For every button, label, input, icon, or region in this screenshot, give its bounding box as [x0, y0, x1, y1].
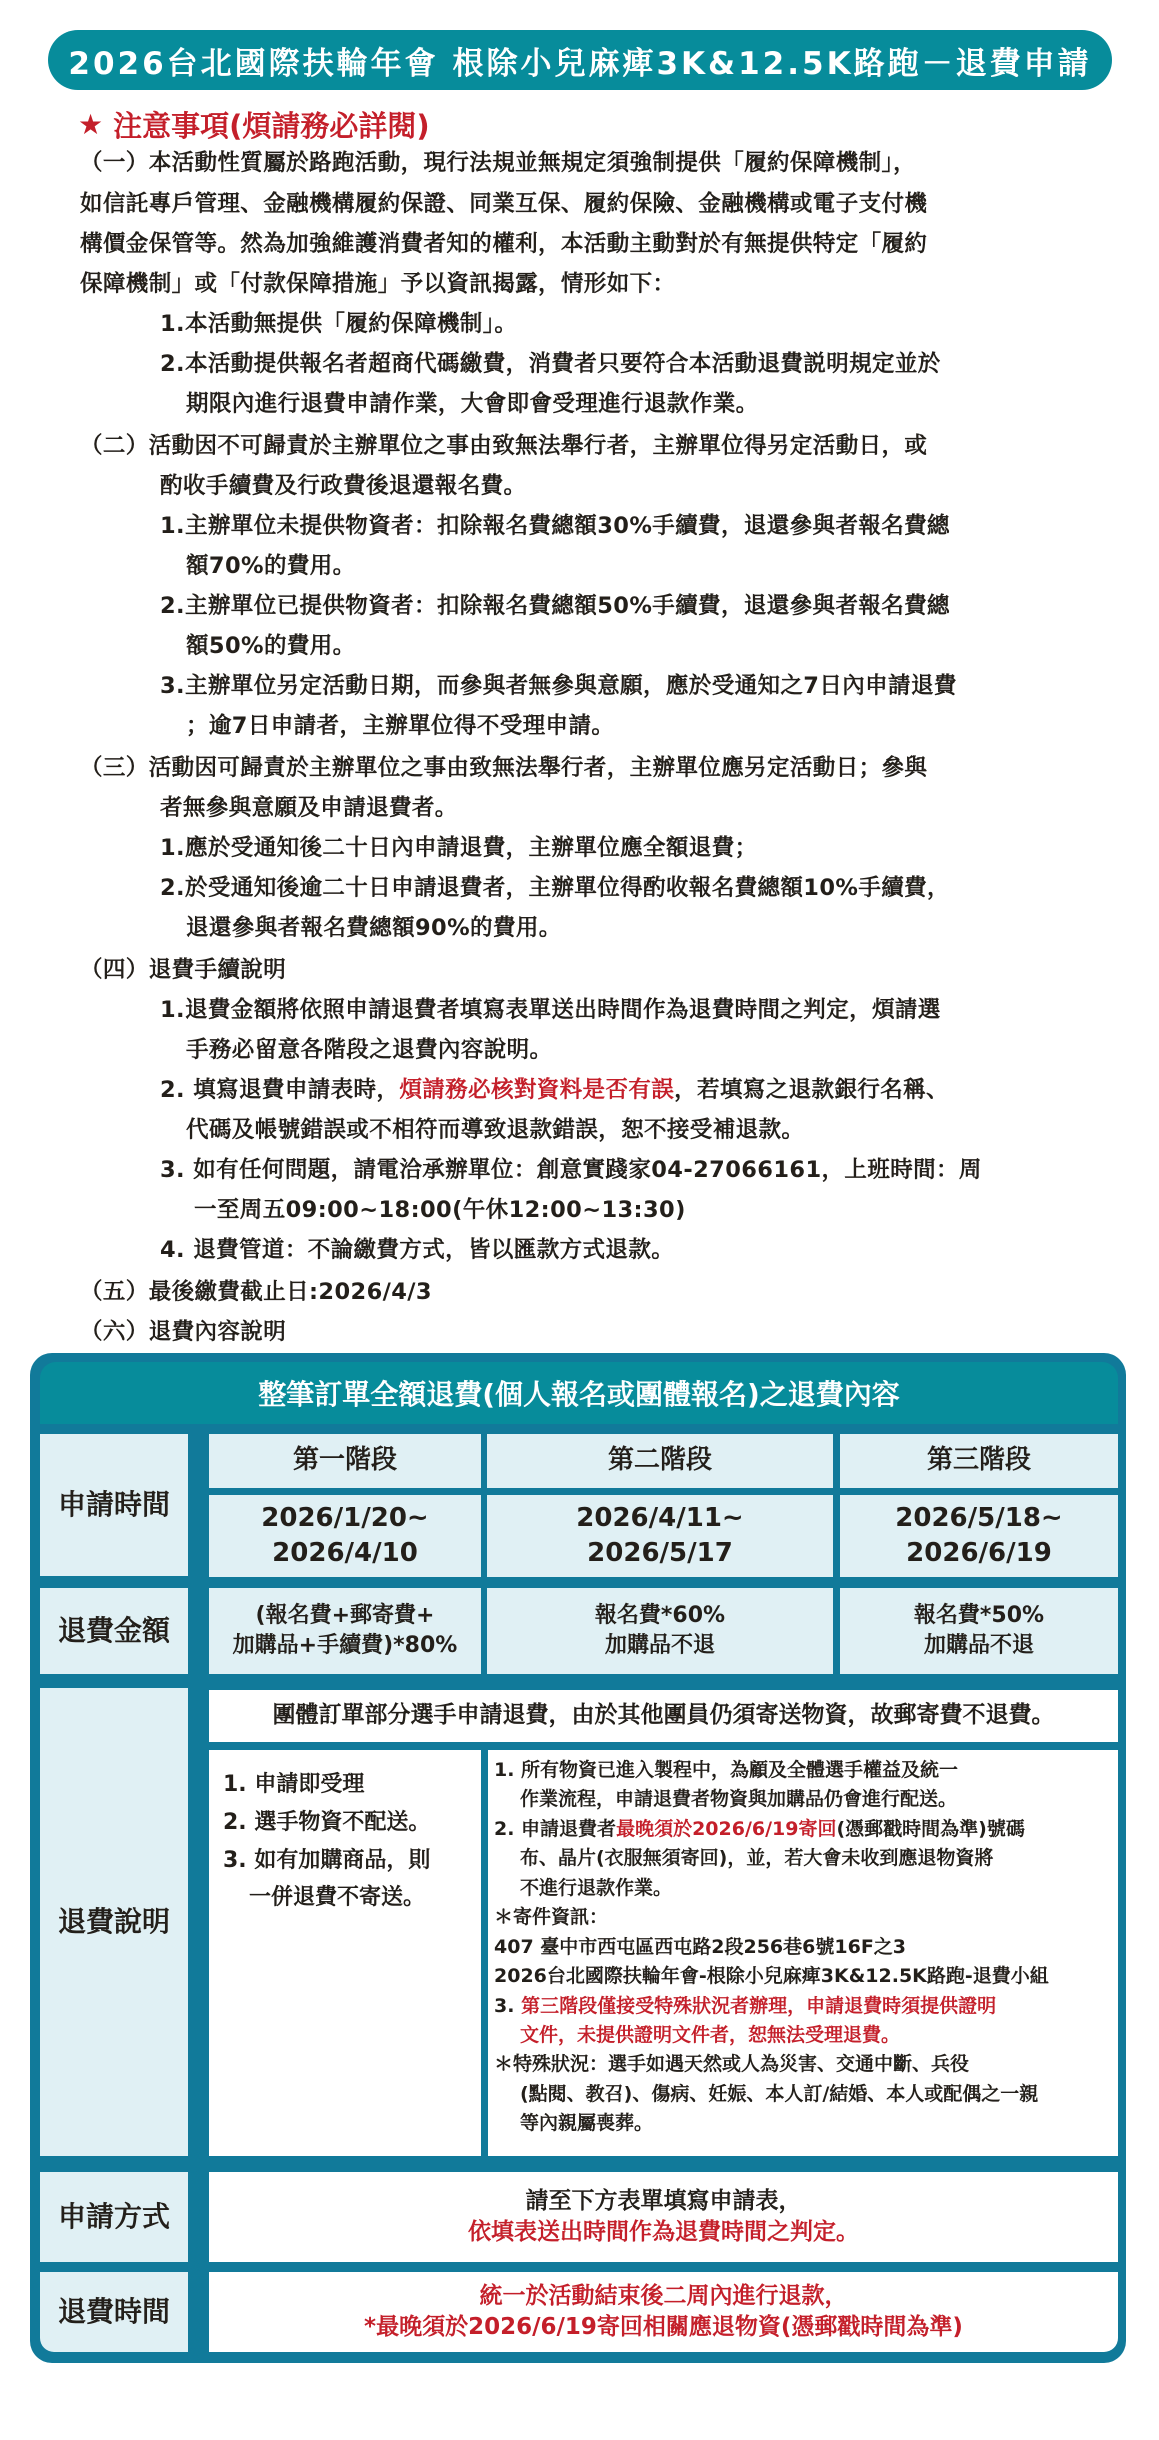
section-4-item-text: 2. 填寫退費申請表時， [160, 1077, 399, 1103]
section-3-line: （三）活動因可歸責於主辦單位之事由致無法舉行者，主辦單位應另定活動日；參與 [80, 750, 927, 782]
section-4-item-cont: 手務必留意各階段之退費內容說明。 [186, 1032, 552, 1064]
note-item: 1. 所有物資已進入製程中，為顧及全體選手權益及統一 [494, 1756, 958, 1785]
stage-3-amount: 報名費*50% 加購品不退 [840, 1588, 1118, 1674]
refund-time-line: 統一於活動結束後二周內進行退款， [480, 2281, 848, 2312]
special-case: ＊特殊狀況：選手如遇天然或人為災害、交通中斷、兵役 [494, 2050, 969, 2079]
amount-line: 加購品不退 [924, 1631, 1034, 1661]
group-order-note: 團體訂單部分選手申請退費，由於其他團員仍須寄送物資，故郵寄費不退費。 [209, 1690, 1118, 1742]
section-3-item-cont: 退還參與者報名費總額90%的費用。 [186, 910, 562, 942]
special-case-cont: 等內親屬喪葬。 [494, 2109, 653, 2138]
note-item: 1. 申請即受理 [223, 1766, 364, 1804]
section-1-line: 保障機制」或「付款保障措施」予以資訊揭露，情形如下： [80, 266, 675, 298]
amount-line: 報名費*60% [595, 1601, 725, 1631]
stage-2-3-notes: 1. 所有物資已進入製程中，為顧及全體選手權益及統一 作業流程，申請退費者物資與… [488, 1750, 1118, 2156]
refund-table-title: 整筆訂單全額退費(個人報名或團體報名)之退費內容 [258, 1373, 900, 1413]
date-to: 2026/4/10 [272, 1536, 418, 1571]
stage-2-amount: 報名費*60% 加購品不退 [487, 1588, 833, 1674]
note-num: 3. [494, 1995, 521, 2017]
note-deadline: 最晚須於2026/6/19寄回 [616, 1818, 836, 1840]
row-label-text: 退費時間 [58, 2293, 170, 2331]
stage-name: 第三階段 [927, 1443, 1031, 1478]
refund-table-header: 整筆訂單全額退費(個人報名或團體報名)之退費內容 [40, 1362, 1118, 1424]
section-1-line: 如信託專戶管理、金融機構履約保證、同業互保、履約保險、金融機構或電子支付機 [80, 186, 927, 218]
section-4-warning: 煩請務必核對資料是否有誤 [399, 1077, 674, 1103]
title-banner: 2026台北國際扶輪年會 根除小兒麻痺3K&12.5K路跑－退費申請 [48, 30, 1112, 90]
section-2-item: 2.主辦單位已提供物資者：扣除報名費總額50%手續費，退還參與者報名費總 [160, 588, 950, 620]
stage-name: 第一階段 [293, 1443, 397, 1478]
stage-name: 第二階段 [608, 1443, 712, 1478]
amount-line: 報名費*50% [914, 1601, 1044, 1631]
stage-2-dates: 2026/4/11~ 2026/5/17 [487, 1495, 833, 1577]
section-4-item-cont: 一至周五09:00~18:00(午休12:00~13:30) [194, 1192, 686, 1224]
mail-address: 407 臺中市西屯區西屯路2段256巷6號16F之3 [494, 1933, 906, 1962]
mail-recipient: 2026台北國際扶輪年會-根除小兒麻痺3K&12.5K路跑-退費小組 [494, 1962, 1049, 1991]
notice-heading: ★ 注意事項(煩請務必詳閱) [78, 104, 430, 145]
section-3-item: 2.於受通知後逾二十日申請退費者，主辦單位得酌收報名費總額10%手續費， [160, 870, 950, 902]
special-case-cont: (點閱、教召)、傷病、妊娠、本人訂/結婚、本人或配偶之一親 [494, 2080, 1038, 2109]
stage-3-header: 第三階段 [840, 1434, 1118, 1488]
amount-line: 加購品不退 [605, 1631, 715, 1661]
note-item-cont: 不進行退款作業。 [494, 1874, 672, 1903]
row-label-text: 退費說明 [58, 1903, 170, 1941]
section-4-item: 2. 填寫退費申請表時，煩請務必核對資料是否有誤，若填寫之退款銀行名稱、 [160, 1072, 949, 1104]
section-1-line: 構價金保管等。然為加強維護消費者知的權利，本活動主動對於有無提供特定「履約 [80, 226, 927, 258]
section-2-item-cont: ；逾7日申請者，主辦單位得不受理申請。 [186, 708, 614, 740]
star-icon: ★ [78, 108, 103, 141]
section-1-line: （一）本活動性質屬於路跑活動，現行法規並無規定須強制提供「履約保障機制」， [80, 145, 916, 177]
date-to: 2026/5/17 [587, 1536, 733, 1571]
notice-heading-text: 注意事項(煩請務必詳閱) [113, 104, 430, 145]
section-1-item: 2.本活動提供報名者超商代碼繳費，消費者只要符合本活動退費説明規定並於 [160, 346, 941, 378]
row-label-apply-time: 申請時間 [40, 1434, 188, 1576]
row-label-refund-amount: 退費金額 [40, 1588, 188, 1674]
note-item-cont: 作業流程，申請退費者物資與加購品仍會進行配送。 [494, 1785, 957, 1814]
row-label-text: 申請時間 [58, 1486, 170, 1524]
stage-3-dates: 2026/5/18~ 2026/6/19 [840, 1495, 1118, 1577]
note-item-cont: 布、晶片(衣服無須寄回)，並，若大會未收到應退物資將 [494, 1844, 993, 1873]
refund-time-note: *最晚須於2026/6/19寄回相關應退物資(憑郵戳時間為準) [364, 2312, 963, 2343]
stage-1-amount: (報名費+郵寄費+ 加購品+手續費)*80% [209, 1588, 481, 1674]
section-4-item: 3. 如有任何問題，請電洽承辦單位：創意實踐家04-27066161，上班時間：… [160, 1152, 982, 1184]
section-1-item-cont: 期限內進行退費申請作業，大會即會受理進行退款作業。 [186, 386, 759, 418]
section-2-line: 酌收手續費及行政費後退還報名費。 [160, 468, 526, 500]
section-6-line: （六）退費內容說明 [80, 1314, 286, 1346]
section-3-item: 1.應於受通知後二十日內申請退費，主辦單位應全額退費； [160, 830, 758, 862]
note-text: 2. 申請退費者 [494, 1818, 616, 1840]
section-2-line: （二）活動因不可歸責於主辦單位之事由致無法舉行者，主辦單位得另定活動日，或 [80, 428, 927, 460]
section-5-line: （五）最後繳費截止日:2026/4/3 [80, 1274, 432, 1306]
section-1-item: 1.本活動無提供「履約保障機制」。 [160, 306, 517, 338]
apply-method-note: 依填表送出時間作為退費時間之判定。 [468, 2217, 859, 2248]
note-item-cont: 一併退費不寄送。 [223, 1879, 425, 1917]
stage-1-notes: 1. 申請即受理 2. 選手物資不配送。 3. 如有加購商品，則 一併退費不寄送… [209, 1750, 481, 2156]
apply-method-cell: 請至下方表單填寫申請表， 依填表送出時間作為退費時間之判定。 [209, 2172, 1118, 2262]
date-from: 2026/4/11~ [576, 1501, 743, 1536]
section-2-item-cont: 額50%的費用。 [186, 628, 356, 660]
stage-1-header: 第一階段 [209, 1434, 481, 1488]
amount-line: (報名費+郵寄費+ [256, 1601, 435, 1631]
date-from: 2026/1/20~ [261, 1501, 428, 1536]
section-4-item: 4. 退費管道：不論繳費方式，皆以匯款方式退款。 [160, 1232, 674, 1264]
group-note-text: 團體訂單部分選手申請退費，由於其他團員仍須寄送物資，故郵寄費不退費。 [273, 1700, 1055, 1731]
row-label-text: 申請方式 [58, 2198, 170, 2236]
stage-1-dates: 2026/1/20~ 2026/4/10 [209, 1495, 481, 1577]
section-4-heading: （四）退費手續說明 [80, 952, 286, 984]
note-warning-cont: 文件，未提供證明文件者，恕無法受理退費。 [494, 2021, 900, 2050]
note-item: 2. 選手物資不配送。 [223, 1804, 430, 1842]
note-warning: 第三階段僅接受特殊狀況者辦理，申請退費時須提供證明 [521, 1995, 996, 2017]
section-4-item-text: ，若填寫之退款銀行名稱、 [674, 1077, 949, 1103]
row-label-refund-time: 退費時間 [40, 2272, 188, 2352]
section-2-item: 1.主辦單位未提供物資者：扣除報名費總額30%手續費，退還參與者報名費總 [160, 508, 950, 540]
apply-method-line: 請至下方表單填寫申請表， [526, 2186, 802, 2217]
row-label-apply-method: 申請方式 [40, 2172, 188, 2262]
section-2-item: 3.主辦單位另定活動日期，而參與者無參與意願，應於受通知之7日內申請退費 [160, 668, 957, 700]
section-2-item-cont: 額70%的費用。 [186, 548, 356, 580]
page-title: 2026台北國際扶輪年會 根除小兒麻痺3K&12.5K路跑－退費申請 [68, 38, 1091, 83]
amount-line: 加購品+手續費)*80% [233, 1631, 458, 1661]
section-3-line: 者無參與意願及申請退費者。 [160, 790, 458, 822]
mail-label: ＊寄件資訊： [494, 1903, 608, 1932]
note-item: 3. 第三階段僅接受特殊狀況者辦理，申請退費時須提供證明 [494, 1992, 996, 2021]
section-4-item: 1.退費金額將依照申請退費者填寫表單送出時間作為退費時間之判定，煩請選 [160, 992, 941, 1024]
date-from: 2026/5/18~ [895, 1501, 1062, 1536]
row-label-text: 退費金額 [58, 1612, 170, 1650]
date-to: 2026/6/19 [906, 1536, 1052, 1571]
refund-time-cell: 統一於活動結束後二周內進行退款， *最晚須於2026/6/19寄回相關應退物資(… [209, 2272, 1118, 2352]
note-text: (憑郵戳時間為準)號碼 [836, 1818, 1024, 1840]
note-item: 3. 如有加購商品，則 [223, 1842, 430, 1880]
row-label-refund-notes: 退費說明 [40, 1688, 188, 2156]
stage-2-header: 第二階段 [487, 1434, 833, 1488]
note-item: 2. 申請退費者最晚須於2026/6/19寄回(憑郵戳時間為準)號碼 [494, 1815, 1025, 1844]
section-4-item-cont: 代碼及帳號錯誤或不相符而導致退款錯誤，恕不接受補退款。 [186, 1112, 804, 1144]
